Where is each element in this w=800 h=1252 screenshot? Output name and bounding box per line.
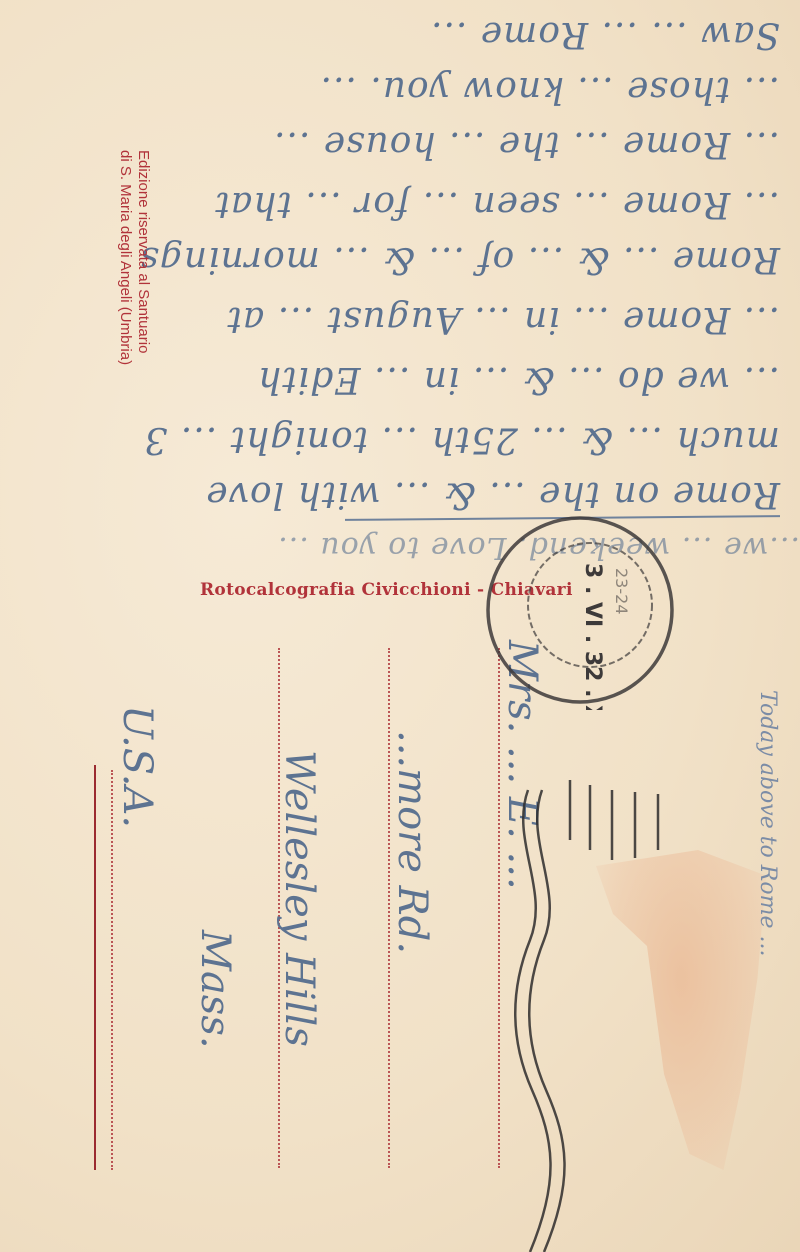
message-line: Saw ... ... Rome ... [430,14,780,55]
postcard-back: ...we ... weekend. Love to you ... Rome … [0,0,800,1252]
address-line [111,770,113,1170]
edition-line-1: Edizione riservata al Santuario [134,150,152,560]
edition-line-2: di S. Maria degli Angeli (Umbria) [116,150,134,560]
postmark-stamp: 23-24 3 . VI . 32 . X [480,500,680,710]
address-line-4: Mass. [192,930,238,1049]
address-line-2: ...more Rd. [389,730,435,954]
message-line: ... Rome ... seen ... for ... that [214,184,780,225]
svg-text:23-24: 23-24 [612,568,631,615]
address-divider-line [94,765,96,1170]
edition-notice: Edizione riservata al Santuario di S. Ma… [82,150,152,560]
side-note: Today above to Rome ... [755,690,780,956]
address-line-5: U.S.A. [114,705,160,828]
message-line: ... Rome ... in ... August ... at [226,299,780,340]
message-line: Rome ... & ... of ... & ... mornings [139,239,780,280]
address-line-3: Wellesley Hills [276,750,322,1047]
message-line: ... those ... know you. ... [320,69,780,110]
message-line: ... Rome ... the ... house ... [273,124,780,165]
message-line: ... we do ... & ... in ... Edith [257,359,780,400]
cancellation-marks [500,780,680,1252]
svg-text:3 . VI . 32 . X: 3 . VI . 32 . X [580,563,605,710]
message-line: much ... & ... 25th ... tonight ... 3 [144,419,780,460]
